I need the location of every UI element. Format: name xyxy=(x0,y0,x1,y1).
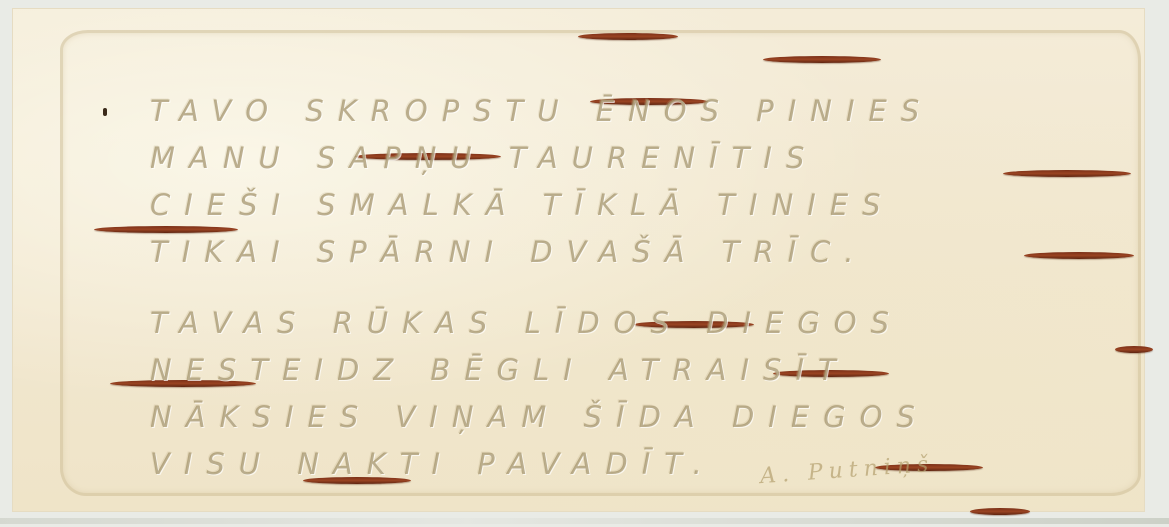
lenticel-mark xyxy=(763,56,881,63)
poem-line: NESTEIDZ BĒGLI ATRAISĪT xyxy=(150,347,1050,394)
poem-line: TIKAI SPĀRNI DVAŠĀ TRĪC. xyxy=(150,229,1050,276)
poem-line: TAVO SKROPSTU ĒNOS PINIES xyxy=(150,88,1050,135)
poem-line: TAVAS RŪKAS LĪDOS DIEGOS xyxy=(150,300,1050,347)
poem-line: MANU SAPŅU TAURENĪTIS xyxy=(150,135,1050,182)
bark-speck xyxy=(103,108,107,116)
poem-line: NĀKSIES VIŅAM ŠĪDA DIEGOS xyxy=(150,394,1050,441)
stanza-1: TAVO SKROPSTU ĒNOS PINIES MANU SAPŅU TAU… xyxy=(150,88,1050,276)
poem: TAVO SKROPSTU ĒNOS PINIES MANU SAPŅU TAU… xyxy=(150,88,1050,512)
lenticel-mark xyxy=(1115,346,1153,353)
background-strip xyxy=(0,518,1169,524)
poem-line: CIEŠI SMALKĀ TĪKLĀ TINIES xyxy=(150,182,1050,229)
lenticel-mark xyxy=(578,33,678,40)
